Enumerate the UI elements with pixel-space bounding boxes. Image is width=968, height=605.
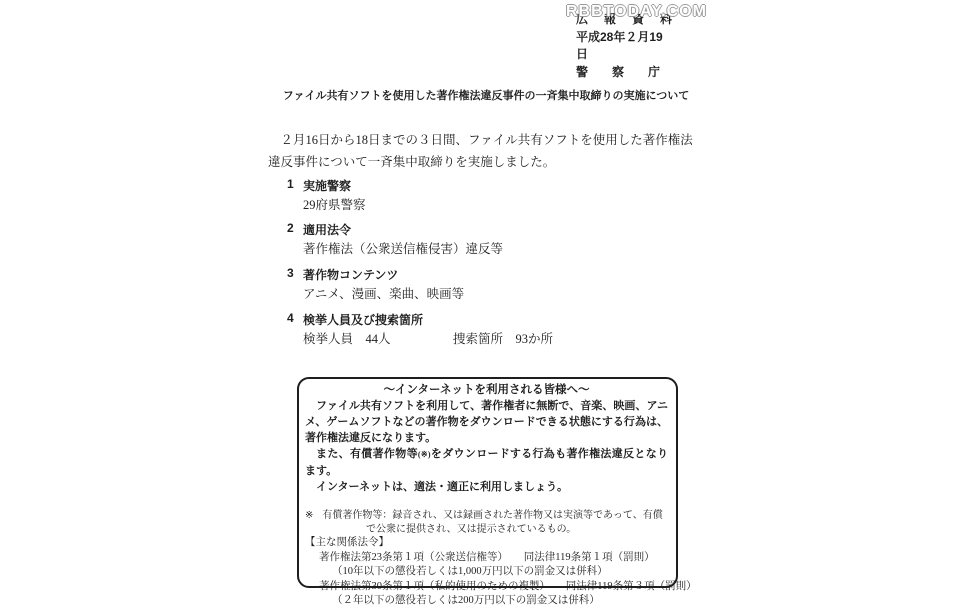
law-article: 著作権法第23条第１項（公衆送信権等） 同法律119条第１項（罰則）: [319, 551, 668, 566]
law-penalty: （２年以下の懲役若しくは200万円以下の罰金又は併科）: [332, 594, 668, 605]
watermark-text: RBBTODAY.COM: [566, 3, 707, 21]
section-number: 2: [287, 221, 294, 235]
law-penalty: （10年以下の懲役若しくは1,000万円以下の罰金又は併科）: [332, 565, 668, 580]
footnote: ※有償著作物等：録音され、又は録画された著作物又は実演等であって、有償で公衆に提…: [305, 509, 668, 536]
press-release-page: RBBTODAY.COM 広 報 資 料 平成28年２月19日 警 察 庁 ファ…: [0, 0, 968, 605]
law-article: 著作権法第30条第１項（私的使用のための複製） 同法律119条第３項（罰則）: [319, 580, 668, 595]
section-number: 3: [287, 266, 294, 280]
agency-name: 警 察 庁: [576, 64, 660, 82]
section-body: 検挙人員 44人 捜索箇所 93か所: [303, 329, 553, 347]
footnote-text: 有償著作物等：録音され、又は録画された著作物又は実演等であって、有償で公衆に提供…: [322, 510, 662, 535]
notice-heading: ～インターネットを利用される皆様へ～: [305, 383, 668, 398]
section-body: 29府県警察: [303, 195, 366, 213]
doc-date: 平成28年２月19日: [576, 29, 673, 64]
section-number: 4: [287, 311, 294, 325]
section-heading: 適用法令: [303, 221, 351, 238]
section-body: アニメ、漫画、楽曲、映画等: [303, 284, 464, 302]
section-heading: 著作物コンテンツ: [303, 266, 398, 283]
section-number: 1: [287, 177, 294, 191]
internet-users-notice-box: ～インターネットを利用される皆様へ～ ファイル共有ソフトを利用して、著作権者に無…: [297, 377, 678, 588]
notice-paragraph-3: インターネットは、適法・適正に利用しましょう。: [305, 479, 668, 495]
agency-char: 警: [576, 64, 588, 82]
footnote-marker: ※: [305, 510, 313, 521]
footnote-reference-marker: (※): [418, 450, 431, 459]
intro-paragraph: ２月16日から18日までの３日間、ファイル共有ソフトを使用した著作権法違反事件に…: [268, 130, 704, 173]
section-heading: 実施警察: [303, 177, 351, 194]
section-body: 著作権法（公衆送信権侵害）違反等: [303, 239, 503, 257]
section-heading: 検挙人員及び捜索箇所: [303, 311, 423, 328]
agency-char: 察: [612, 64, 624, 82]
notice-paragraph-2-text: また、有償著作物等: [316, 448, 418, 460]
notice-paragraph-2: また、有償著作物等(※)をダウンロードする行為も著作権法違反となります。: [305, 446, 668, 479]
document-header: 広 報 資 料 平成28年２月19日 警 察 庁: [576, 11, 673, 81]
laws-heading: 【主な関係法令】: [305, 536, 668, 551]
page-title: ファイル共有ソフトを使用した著作権法違反事件の一斉集中取締りの実施について: [268, 87, 704, 103]
agency-char: 庁: [648, 64, 660, 82]
notice-paragraph-1: ファイル共有ソフトを利用して、著作権者に無断で、音楽、映画、アニメ、ゲームソフト…: [305, 398, 668, 446]
